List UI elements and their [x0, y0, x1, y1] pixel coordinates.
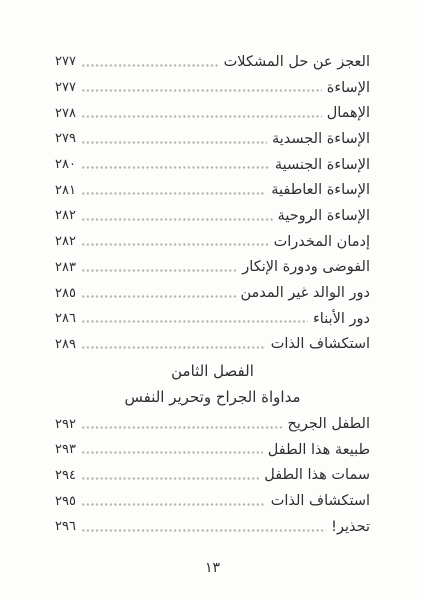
toc-entry: سمات هذا الطفل ٢٩٤: [55, 463, 370, 489]
dot-leader: [81, 75, 322, 101]
book-toc-page: العجز عن حل المشكلات ٢٧٧ الإساءة ٢٧٧ الإ…: [0, 0, 425, 600]
dot-leader: [81, 280, 236, 306]
toc-entry-page-number: ٢٨١: [55, 183, 76, 198]
toc-entry: إدمان المخدرات ٢٨٢: [55, 229, 370, 255]
toc-content: العجز عن حل المشكلات ٢٧٧ الإساءة ٢٧٧ الإ…: [55, 49, 370, 540]
dot-leader: [81, 437, 263, 463]
toc-entry-title: استكشاف الذات: [271, 336, 370, 352]
dot-leader: [81, 463, 259, 489]
toc-entry-title: الإساءة الروحية: [278, 208, 370, 224]
toc-entry-page-number: ٢٩٢: [55, 417, 76, 432]
toc-entry-page-number: ٢٧٨: [55, 106, 76, 121]
toc-entry-title: إدمان المخدرات: [274, 234, 370, 250]
toc-entry-title: العجز عن حل المشكلات: [224, 54, 370, 70]
toc-entry-page-number: ٢٨٩: [55, 337, 76, 352]
toc-entry: الإساءة الجسدية ٢٧٩: [55, 126, 370, 152]
dot-leader: [81, 411, 283, 437]
toc-entry: استكشاف الذات ٢٨٩: [55, 332, 370, 358]
dot-leader: [81, 514, 326, 540]
toc-entry-page-number: ٢٩٥: [55, 494, 76, 509]
toc-entry-page-number: ٢٧٧: [55, 54, 76, 69]
toc-entry-page-number: ٢٨٠: [55, 157, 76, 172]
dot-leader: [81, 332, 266, 358]
toc-entry: الطفل الجريح ٢٩٢: [55, 411, 370, 437]
toc-entry-title: الطفل الجريح: [288, 416, 370, 432]
page-number: ١٣: [55, 560, 370, 576]
toc-entry-title: طبيعة هذا الطفل: [268, 442, 370, 458]
chapter-subtitle: مداواة الجراح وتحرير النفس: [55, 384, 370, 411]
toc-entry: الإساءة ٢٧٧: [55, 75, 370, 101]
toc-entry-page-number: ٢٨٦: [55, 311, 76, 326]
toc-entry-page-number: ٢٨٢: [55, 208, 76, 223]
toc-entry: الإساءة الروحية ٢٨٢: [55, 203, 370, 229]
dot-leader: [81, 49, 219, 75]
toc-entry-title: استكشاف الذات: [271, 493, 370, 509]
toc-entry-page-number: ٢٩٣: [55, 442, 76, 457]
toc-entry: الإساءة العاطفية ٢٨١: [55, 177, 370, 203]
toc-entry-page-number: ٢٧٩: [55, 131, 76, 146]
toc-entry-title: الإساءة الجنسية: [275, 157, 370, 173]
toc-entry-title: سمات هذا الطفل: [264, 467, 370, 483]
toc-entry: الإهمال ٢٧٨: [55, 100, 370, 126]
toc-entry-page-number: ٢٨٢: [55, 234, 76, 249]
dot-leader: [81, 306, 308, 332]
toc-entry-page-number: ٢٩٤: [55, 468, 76, 483]
toc-entry: استكشاف الذات ٢٩٥: [55, 488, 370, 514]
toc-entry-page-number: ٢٨٣: [55, 260, 76, 275]
toc-entry-title: دور الوالد غير المدمن: [241, 285, 371, 301]
toc-entry-title: الإساءة الجسدية: [272, 131, 370, 147]
toc-entry: الإساءة الجنسية ٢٨٠: [55, 152, 370, 178]
dot-leader: [81, 177, 266, 203]
dot-leader: [81, 152, 270, 178]
toc-entry: تحذير! ٢٩٦: [55, 514, 370, 540]
dot-leader: [81, 229, 269, 255]
toc-entry-page-number: ٢٨٥: [55, 286, 76, 301]
toc-entry: الفوضى ودورة الإنكار ٢٨٣: [55, 255, 370, 281]
dot-leader: [81, 100, 322, 126]
toc-entry: العجز عن حل المشكلات ٢٧٧: [55, 49, 370, 75]
toc-entry-title: دور الأبناء: [313, 311, 370, 327]
chapter-heading: الفصل الثامن: [55, 358, 370, 384]
dot-leader: [81, 488, 266, 514]
toc-entry-title: تحذير!: [331, 519, 370, 535]
toc-entry-page-number: ٢٩٦: [55, 519, 76, 534]
toc-entry-title: الفوضى ودورة الإنكار: [242, 259, 370, 275]
toc-entry: دور الأبناء ٢٨٦: [55, 306, 370, 332]
toc-entry: طبيعة هذا الطفل ٢٩٣: [55, 437, 370, 463]
toc-entry-title: الإساءة: [327, 80, 370, 96]
dot-leader: [81, 203, 273, 229]
dot-leader: [81, 126, 267, 152]
toc-entry-title: الإساءة العاطفية: [271, 182, 370, 198]
toc-entry: دور الوالد غير المدمن ٢٨٥: [55, 280, 370, 306]
toc-entry-title: الإهمال: [327, 105, 370, 121]
toc-entry-page-number: ٢٧٧: [55, 80, 76, 95]
dot-leader: [81, 255, 237, 281]
